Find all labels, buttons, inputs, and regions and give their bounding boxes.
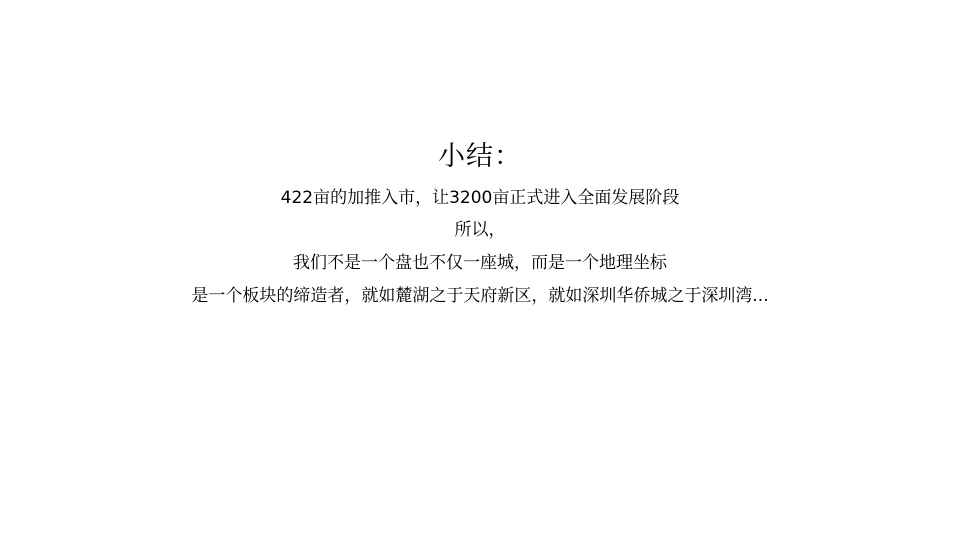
summary-line-3: 我们不是一个盘也不仅一座城，而是一个地理坐标: [0, 251, 960, 275]
slide-title: 小结：: [0, 138, 960, 176]
summary-line-4: 是一个板块的缔造者，就如麓湖之于天府新区，就如深圳华侨城之于深圳湾...: [0, 284, 960, 308]
slide: 小结： 422亩的加推入市，让3200亩正式进入全面发展阶段 所以， 我们不是一…: [0, 0, 960, 540]
summary-line-1: 422亩的加推入市，让3200亩正式进入全面发展阶段: [0, 186, 960, 210]
summary-line-2: 所以，: [0, 218, 960, 242]
